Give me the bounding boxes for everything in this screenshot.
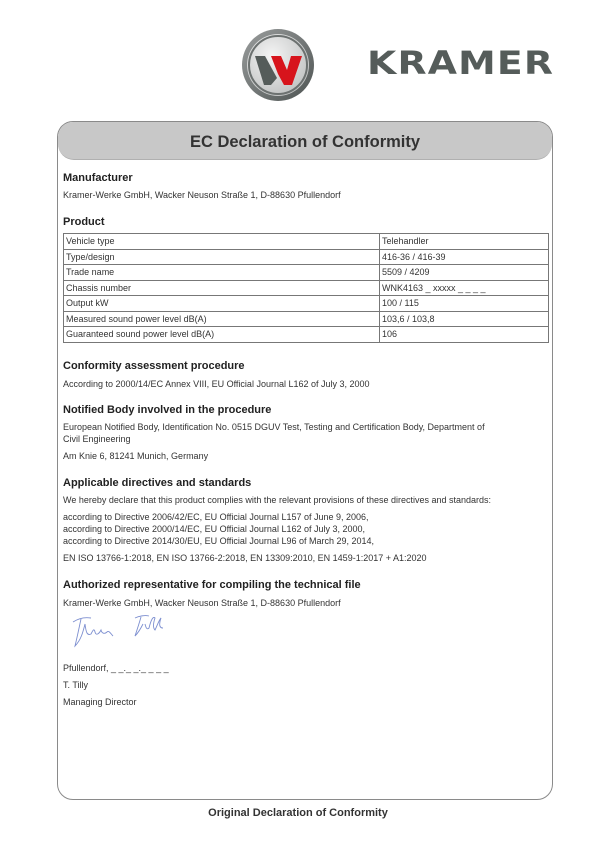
signatory-role: Managing Director xyxy=(63,696,137,708)
row-value: 100 / 115 xyxy=(380,296,549,312)
notified-body-line1: European Notified Body, Identification N… xyxy=(63,421,485,433)
row-value: 416-36 / 416-39 xyxy=(380,249,549,265)
table-row: Measured sound power level dB(A)103,6 / … xyxy=(64,311,549,327)
footer-caption: Original Declaration of Conformity xyxy=(0,807,596,819)
row-label: Measured sound power level dB(A) xyxy=(64,311,380,327)
row-value: WNK4163 _ xxxxx _ _ _ _ xyxy=(380,280,549,296)
table-row: Trade name5509 / 4209 xyxy=(64,265,549,281)
notified-body-address: Am Knie 6, 81241 Munich, Germany xyxy=(63,450,208,462)
directive-item: according to Directive 2000/14/EC, EU Of… xyxy=(63,523,365,535)
directives-heading: Applicable directives and standards xyxy=(63,477,251,489)
conformity-text: According to 2000/14/EC Annex VIII, EU O… xyxy=(63,378,370,390)
signatory-name: T. Tilly xyxy=(63,679,88,691)
row-label: Type/design xyxy=(64,249,380,265)
place-date: Pfullendorf, _ _._ _._ _ _ _ xyxy=(63,662,169,674)
conformity-heading: Conformity assessment procedure xyxy=(63,360,245,372)
table-row: Output kW100 / 115 xyxy=(64,296,549,312)
signature-image xyxy=(69,612,179,648)
standards-text: EN ISO 13766-1:2018, EN ISO 13766-2:2018… xyxy=(63,552,427,564)
table-row: Guaranteed sound power level dB(A)106 xyxy=(64,327,549,343)
row-label: Guaranteed sound power level dB(A) xyxy=(64,327,380,343)
directives-intro: We hereby declare that this product comp… xyxy=(63,494,491,506)
table-row: Vehicle typeTelehandler xyxy=(64,234,549,250)
notified-body-line2: Civil Engineering xyxy=(63,433,131,445)
row-value: 103,6 / 103,8 xyxy=(380,311,549,327)
representative-heading: Authorized representative for compiling … xyxy=(63,579,361,591)
row-value: 106 xyxy=(380,327,549,343)
manufacturer-text: Kramer-Werke GmbH, Wacker Neuson Straße … xyxy=(63,189,341,201)
notified-body-heading: Notified Body involved in the procedure xyxy=(63,404,271,416)
declaration-frame: EC Declaration of Conformity Manufacture… xyxy=(57,121,553,800)
product-table: Vehicle typeTelehandler Type/design416-3… xyxy=(63,233,549,343)
row-value: 5509 / 4209 xyxy=(380,265,549,281)
table-row: Type/design416-36 / 416-39 xyxy=(64,249,549,265)
representative-text: Kramer-Werke GmbH, Wacker Neuson Straße … xyxy=(63,597,341,609)
row-label: Trade name xyxy=(64,265,380,281)
wacker-w-logo-icon xyxy=(241,28,315,102)
row-label: Output kW xyxy=(64,296,380,312)
kramer-brand-logo: KRAMER xyxy=(367,44,554,82)
row-label: Chassis number xyxy=(64,280,380,296)
row-value: Telehandler xyxy=(380,234,549,250)
table-row: Chassis numberWNK4163 _ xxxxx _ _ _ _ xyxy=(64,280,549,296)
directive-item: according to Directive 2014/30/EU, EU Of… xyxy=(63,535,374,547)
directive-item: according to Directive 2006/42/EC, EU Of… xyxy=(63,511,369,523)
row-label: Vehicle type xyxy=(64,234,380,250)
document-title: EC Declaration of Conformity xyxy=(58,122,552,160)
product-heading: Product xyxy=(63,216,105,228)
manufacturer-heading: Manufacturer xyxy=(63,172,133,184)
